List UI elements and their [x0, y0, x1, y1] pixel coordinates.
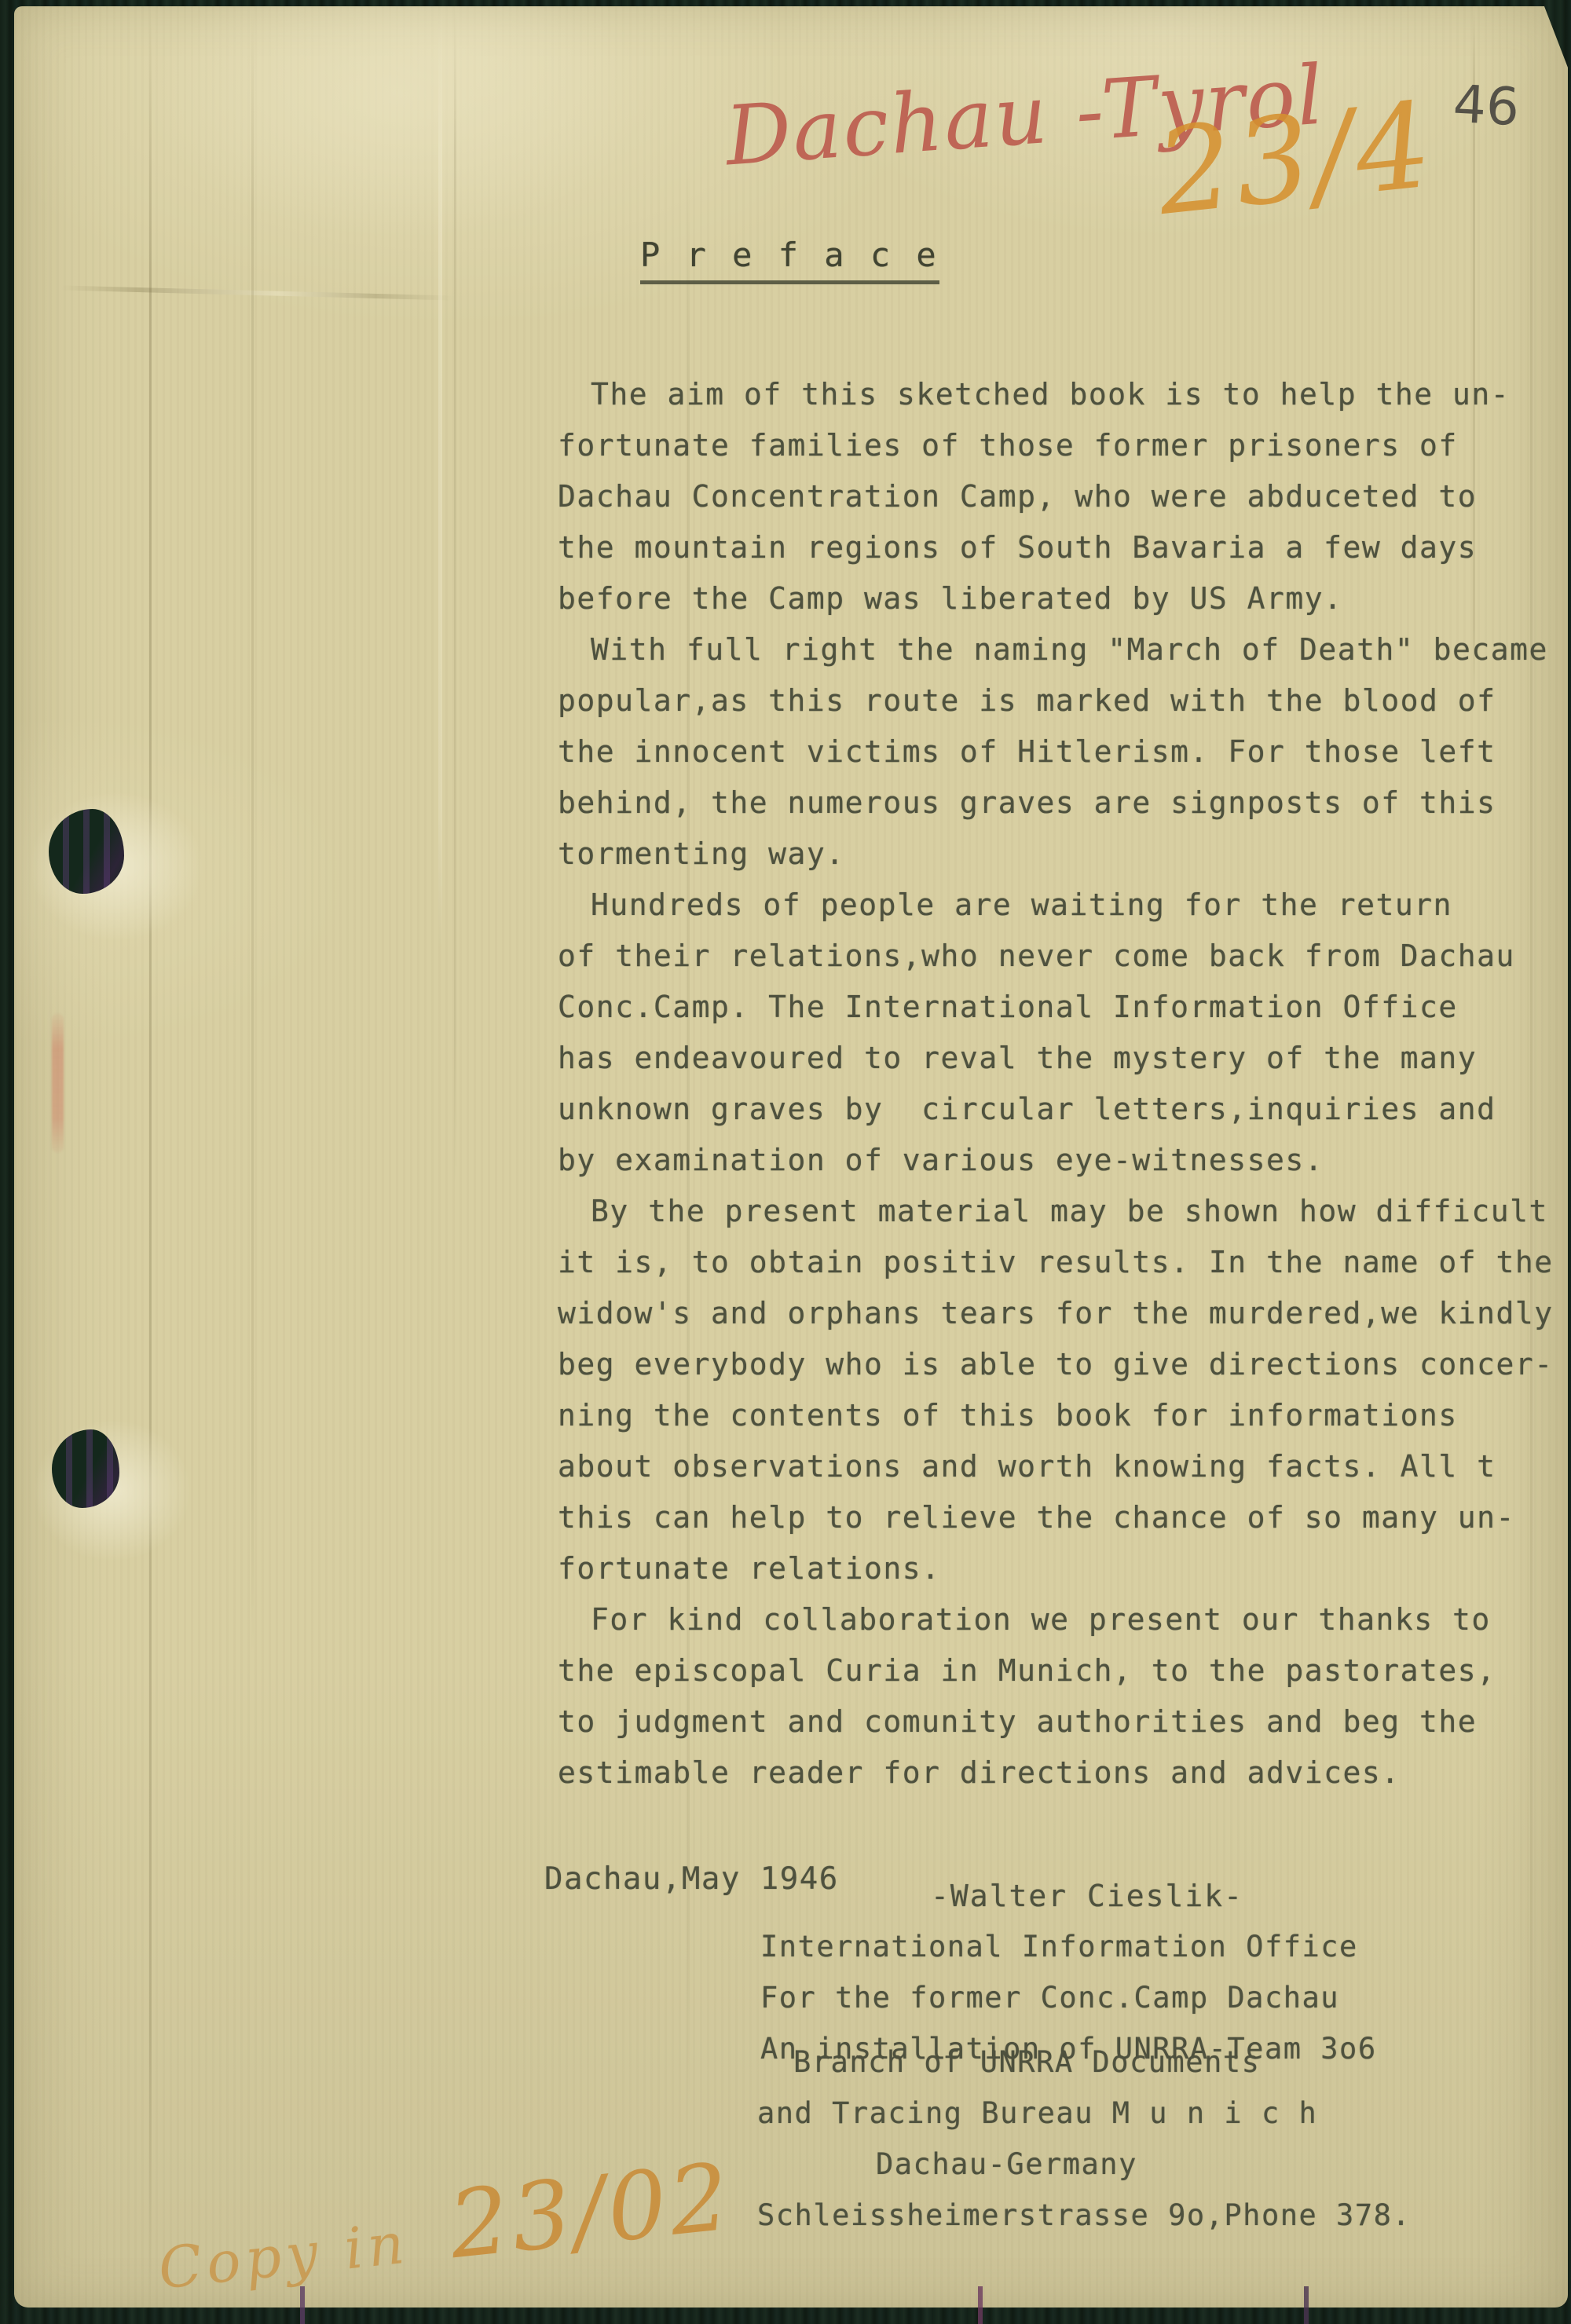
text-line: of their relations,who never come back f…: [558, 931, 1554, 982]
text-line: fortunate relations.: [558, 1543, 1554, 1594]
crease-line: [438, 6, 442, 949]
scan-streak: [978, 2286, 983, 2324]
text-line: unknown graves by circular letters,inqui…: [558, 1084, 1554, 1135]
document-body: The aim of this sketched book is to help…: [558, 369, 1554, 1799]
scanner-background: Dachau -Tyrol 23/4 46 P r e f a c e The …: [0, 0, 1571, 2324]
scan-streak: [1304, 2286, 1309, 2324]
text-line: Dachau Concentration Camp, who were abdu…: [558, 471, 1554, 522]
paper-wavy-crease: [61, 285, 454, 300]
text-line: By the present material may be shown how…: [558, 1186, 1554, 1237]
text-line: For kind collaboration we present our th…: [558, 1594, 1554, 1645]
crease-line: [251, 6, 254, 1656]
text-line: it is, to obtain positiv results. In the…: [558, 1237, 1554, 1288]
text-line: With full right the naming "March of Dea…: [558, 624, 1554, 675]
text-line: tormenting way.: [558, 829, 1554, 880]
document-title: P r e f a c e: [640, 236, 939, 284]
crease-line: [149, 6, 152, 2308]
text-line: Schleissheimerstrasse 9o,Phone 378.: [757, 2198, 1411, 2249]
text-line: estimable reader for directions and advi…: [558, 1748, 1554, 1799]
document-page: Dachau -Tyrol 23/4 46 P r e f a c e The …: [14, 6, 1568, 2308]
text-line: widow's and orphans tears for the murder…: [558, 1288, 1554, 1339]
text-line: The aim of this sketched book is to help…: [558, 369, 1554, 420]
annotation-copy-note: Copy in23/02: [126, 2127, 738, 2324]
text-line: and Tracing Bureau M u n i c h: [757, 2096, 1411, 2147]
paper-crease-patch: [69, 6, 666, 305]
text-line: beg everybody who is able to give direct…: [558, 1339, 1554, 1390]
text-line: Hundreds of people are waiting for the r…: [558, 880, 1554, 931]
text-line: this can help to relieve the chance of s…: [558, 1492, 1554, 1543]
text-line: fortunate families of those former priso…: [558, 420, 1554, 471]
text-line: Dachau-Germany: [757, 2147, 1411, 2198]
text-line: before the Camp was liberated by US Army…: [558, 573, 1554, 624]
scan-streak: [300, 2286, 305, 2324]
signature-bureau-block: Branch of UNRRA Documentsand Tracing Bur…: [757, 2045, 1411, 2249]
text-line: ning the contents of this book for infor…: [558, 1390, 1554, 1441]
text-line: behind, the numerous graves are signpost…: [558, 778, 1554, 829]
copy-note-words: Copy in: [156, 2210, 412, 2302]
text-line: about observations and worth knowing fac…: [558, 1441, 1554, 1492]
text-line: popular,as this route is marked with the…: [558, 675, 1554, 726]
punch-hole-bottom: [52, 1429, 119, 1508]
copy-note-number: 23/02: [445, 2142, 738, 2279]
crease-line: [454, 6, 456, 1184]
text-line: to judgment and comunity authorities and…: [558, 1696, 1554, 1748]
text-line: International Information Office: [760, 1931, 1377, 1982]
punch-hole-top: [49, 809, 124, 894]
text-line: Branch of UNRRA Documents: [757, 2045, 1411, 2096]
text-line: the episcopal Curia in Munich, to the pa…: [558, 1645, 1554, 1696]
text-line: has endeavoured to reval the mystery of …: [558, 1033, 1554, 1084]
text-line: the mountain regions of South Bavaria a …: [558, 522, 1554, 573]
red-pencil-mark: [52, 1013, 64, 1153]
annotation-page-number: 46: [1452, 74, 1521, 137]
text-line: the innocent victims of Hitlerism. For t…: [558, 726, 1554, 778]
dateline-author: -Walter Cieslik-: [931, 1879, 1243, 1913]
dateline-place-date: Dachau,May 1946: [544, 1861, 839, 1897]
text-line: Conc.Camp. The International Information…: [558, 982, 1554, 1033]
annotation-file-number: 23/4: [1151, 77, 1441, 242]
text-line: For the former Conc.Camp Dachau: [760, 1982, 1377, 2033]
text-line: by examination of various eye-witnesses.: [558, 1135, 1554, 1186]
